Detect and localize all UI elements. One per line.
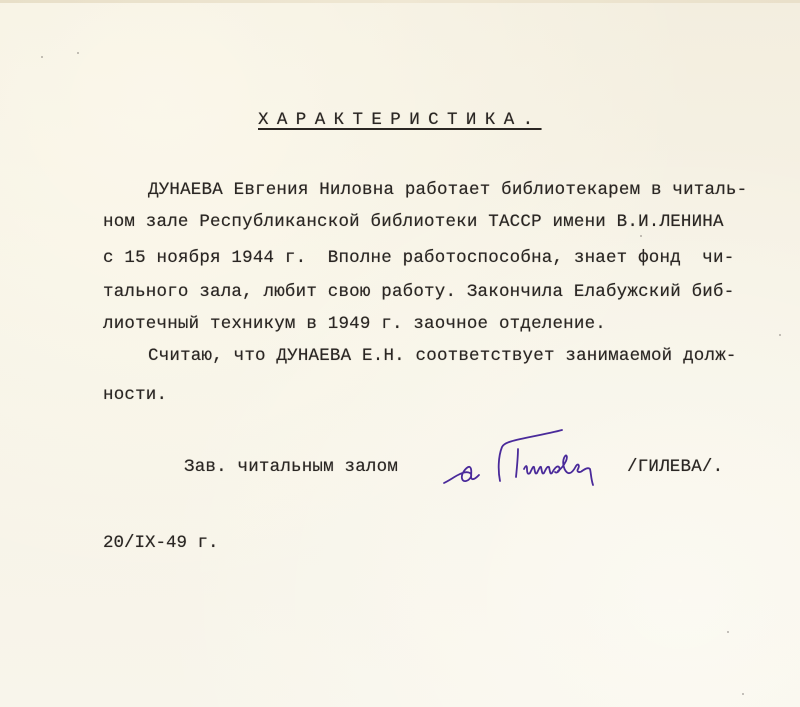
body-line-4: тального зала, любит свою работу. Законч… [103,282,734,302]
body-line-3: с 15 ноября 1944 г. Вполне работоспособн… [103,248,734,268]
document-title: ХАРАКТЕРИСТИКА. [258,110,542,130]
body-line-2: ном зале Республиканской библиотеки ТАСС… [103,212,724,232]
document-date: 20/IX-49 г. [103,533,219,553]
handwritten-signature-icon [440,425,610,495]
paper-speck [779,334,781,336]
paper-speck [742,693,744,695]
body-line-1: ДУНАЕВА Евгения Ниловна работает библиот… [148,180,747,200]
body-line-6: Считаю, что ДУНАЕВА Е.Н. соответствует з… [148,346,737,366]
paper-speck [727,631,729,633]
document-page: ХАРАКТЕРИСТИКА. ДУНАЕВА Евгения Ниловна … [0,0,800,707]
paper-speck [77,52,79,54]
body-line-5: лиотечный техникум в 1949 г. заочное отд… [103,314,606,334]
paper-speck [41,56,43,58]
paper-top-edge [0,0,800,3]
paper-speck [640,235,642,237]
signatory-name: /ГИЛЕВА/. [627,457,723,477]
body-line-7: ности. [103,385,167,405]
signatory-position: Зав. читальным залом [184,457,398,477]
